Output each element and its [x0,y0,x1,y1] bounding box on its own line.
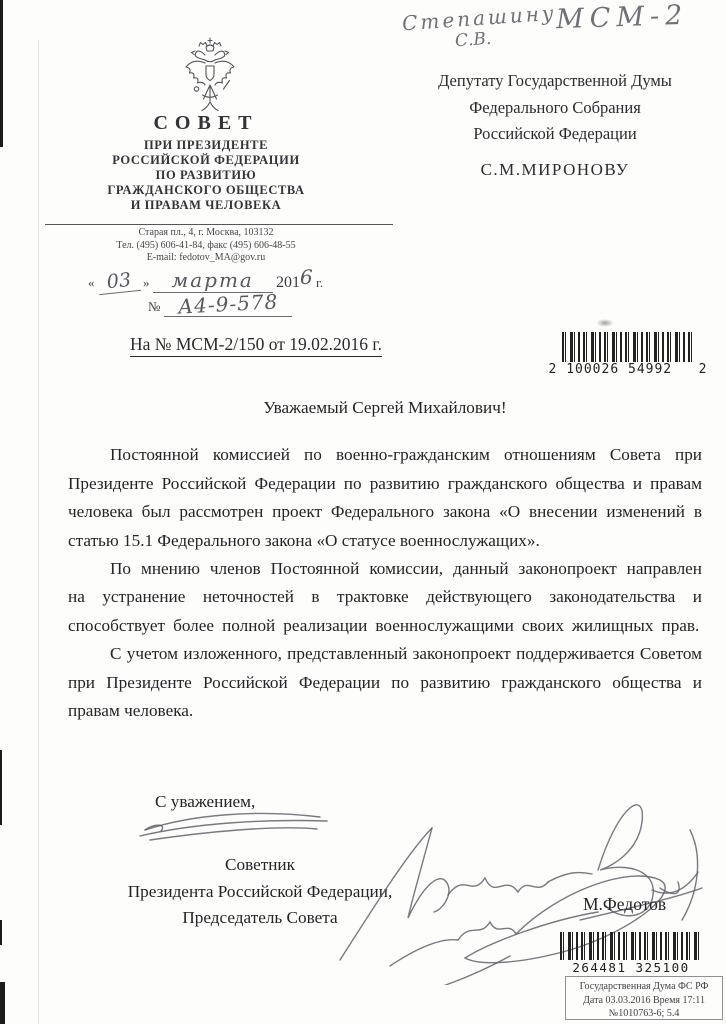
outgoing-number-line: № А4-9-578 [148,292,292,317]
coat-of-arms-eagle-icon [183,36,237,117]
salutation: Уважаемый Сергей Михайлович! [68,394,702,422]
letterhead-org-block: СОВЕТ ПРИ ПРЕЗИДЕНТЕ РОССИЙСКОЙ ФЕДЕРАЦИ… [55,112,357,213]
duma-registration-stamp: Государственная Дума ФС РФ Дата 03.03.20… [565,976,723,1020]
org-line: ПО РАЗВИТИЮ [55,168,357,183]
barcode-top [562,332,694,362]
recipient-line: Депутату Государственной Думы [405,68,705,95]
org-line: И ПРАВАМ ЧЕЛОВЕКА [55,198,357,213]
org-line: РОССИЙСКОЙ ФЕДЕРАЦИИ [55,153,357,168]
stamp-line: Государственная Дума ФС РФ [566,980,722,994]
stamp-smudge [594,318,616,328]
stamp-line: Дата 03.03.2016 Время 17:11 [566,994,722,1008]
letterhead-address-block: Старая пл., 4, г. Москва, 103132 Тел. (4… [55,227,357,265]
barcode-top-digits: 2 100026 54992 2 [548,362,708,377]
barcode-bottom-digits: 264481 325100 [556,960,706,975]
org-line: ПРИ ПРЕЗИДЕНТЕ [55,138,357,153]
address-line: Старая пл., 4, г. Москва, 103132 [55,227,357,240]
year-printed: 201 [276,274,300,291]
handwritten-year-digit: 6 [300,265,313,289]
scan-edge-artifact [0,982,5,1024]
number-label: № [148,299,160,314]
stamp-line: №1010763-6; 5.4 [566,1007,722,1021]
signer-name: М.Федотов [583,894,666,915]
paragraph: С учетом изложенного, представленный зак… [68,640,702,725]
handwritten-day: 03 [97,268,141,295]
address-line: Тел. (495) 606-41-84, факс (495) 606-48-… [55,240,357,253]
org-line: ГРАЖДАНСКОГО ОБЩЕСТВА [55,183,357,198]
address-line: E-mail: fedotov_MA@gov.ru [55,252,357,265]
reference-line: На № МСМ-2/150 от 19.02.2016 г. [130,334,382,357]
scan-edge-artifact [0,920,2,945]
handwritten-month: марта [153,268,273,293]
paragraph: Постоянной комиссией по военно-гражданск… [68,441,702,555]
handwritten-incoming-code: МСМ-2 [555,0,688,35]
recipient-block: Депутату Государственной Думы Федерально… [405,68,705,148]
quote-open: « [88,275,95,290]
paragraph: По мнению членов Постоянной комиссии, да… [68,555,702,640]
handwritten-outgoing-number: А4-9-578 [177,289,278,318]
scan-edge-artifact [0,0,3,147]
scanned-letter-page: Степашину С.В. МСМ-2 Депутату Государств… [0,0,726,1024]
recipient-line: Российской Федерации [405,121,705,148]
year-suffix: г. [316,275,323,290]
letter-body: Уважаемый Сергей Михайлович! Постоянной … [68,394,702,725]
barcode-bottom [560,932,702,962]
scan-edge-artifact [0,750,2,825]
flourish-scribble [135,806,340,848]
org-title: СОВЕТ [55,112,357,135]
scan-fold-line [38,40,39,1024]
recipient-line: Федерального Собрания [405,95,705,122]
date-line: « 03 » марта 2016 г. [88,268,323,293]
letterhead-divider [45,224,393,225]
recipient-name: С.М.МИРОНОВУ [405,160,705,180]
quote-close: » [143,275,150,290]
handwritten-resolution-initials: С.В. [454,29,492,51]
